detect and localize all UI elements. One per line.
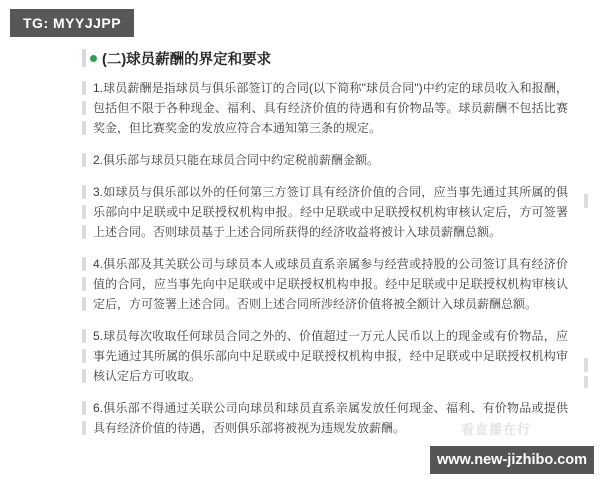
faint-watermark-text: 看直播在行 (461, 419, 531, 438)
paragraph-1: 1.球员薪酬是指球员与俱乐部签订的合同(以下简称"球员合同")中约定的球员收入和… (82, 78, 568, 138)
section-heading: (二)球员薪酬的界定和要求 (82, 48, 568, 68)
section-title: (二)球员薪酬的界定和要求 (102, 48, 271, 69)
quote-bar (82, 49, 86, 67)
article-body: (二)球员薪酬的界定和要求 1.球员薪酬是指球员与俱乐部签订的合同(以下简称"球… (82, 48, 568, 450)
paragraph-5: 5.球员每次收取任何球员合同之外的、价值超过一万元人民币以上的现金或有价物品，应… (82, 326, 568, 386)
right-edge-artifact (584, 194, 588, 208)
paragraph-2: 2.俱乐部与球员只能在球员合同中约定税前薪酬金额。 (82, 150, 568, 170)
right-edge-artifact (584, 376, 588, 388)
paragraph-3: 3.如球员与俱乐部以外的任何第三方签订具有经济价值的合同，应当事先通过其所属的俱… (82, 182, 568, 242)
right-edge-artifact (584, 358, 588, 372)
page: TG: MYYJJPP (二)球员薪酬的界定和要求 1.球员薪酬是指球员与俱乐部… (0, 0, 600, 480)
site-url-watermark: www.new-jizhibo.com (430, 446, 594, 474)
tg-contact-badge: TG: MYYJJPP (10, 9, 134, 37)
paragraph-4: 4.俱乐部及其关联公司与球员本人或球员直系亲属参与经营或持股的公司签订具有经济价… (82, 254, 568, 314)
green-bullet-icon (90, 55, 97, 62)
